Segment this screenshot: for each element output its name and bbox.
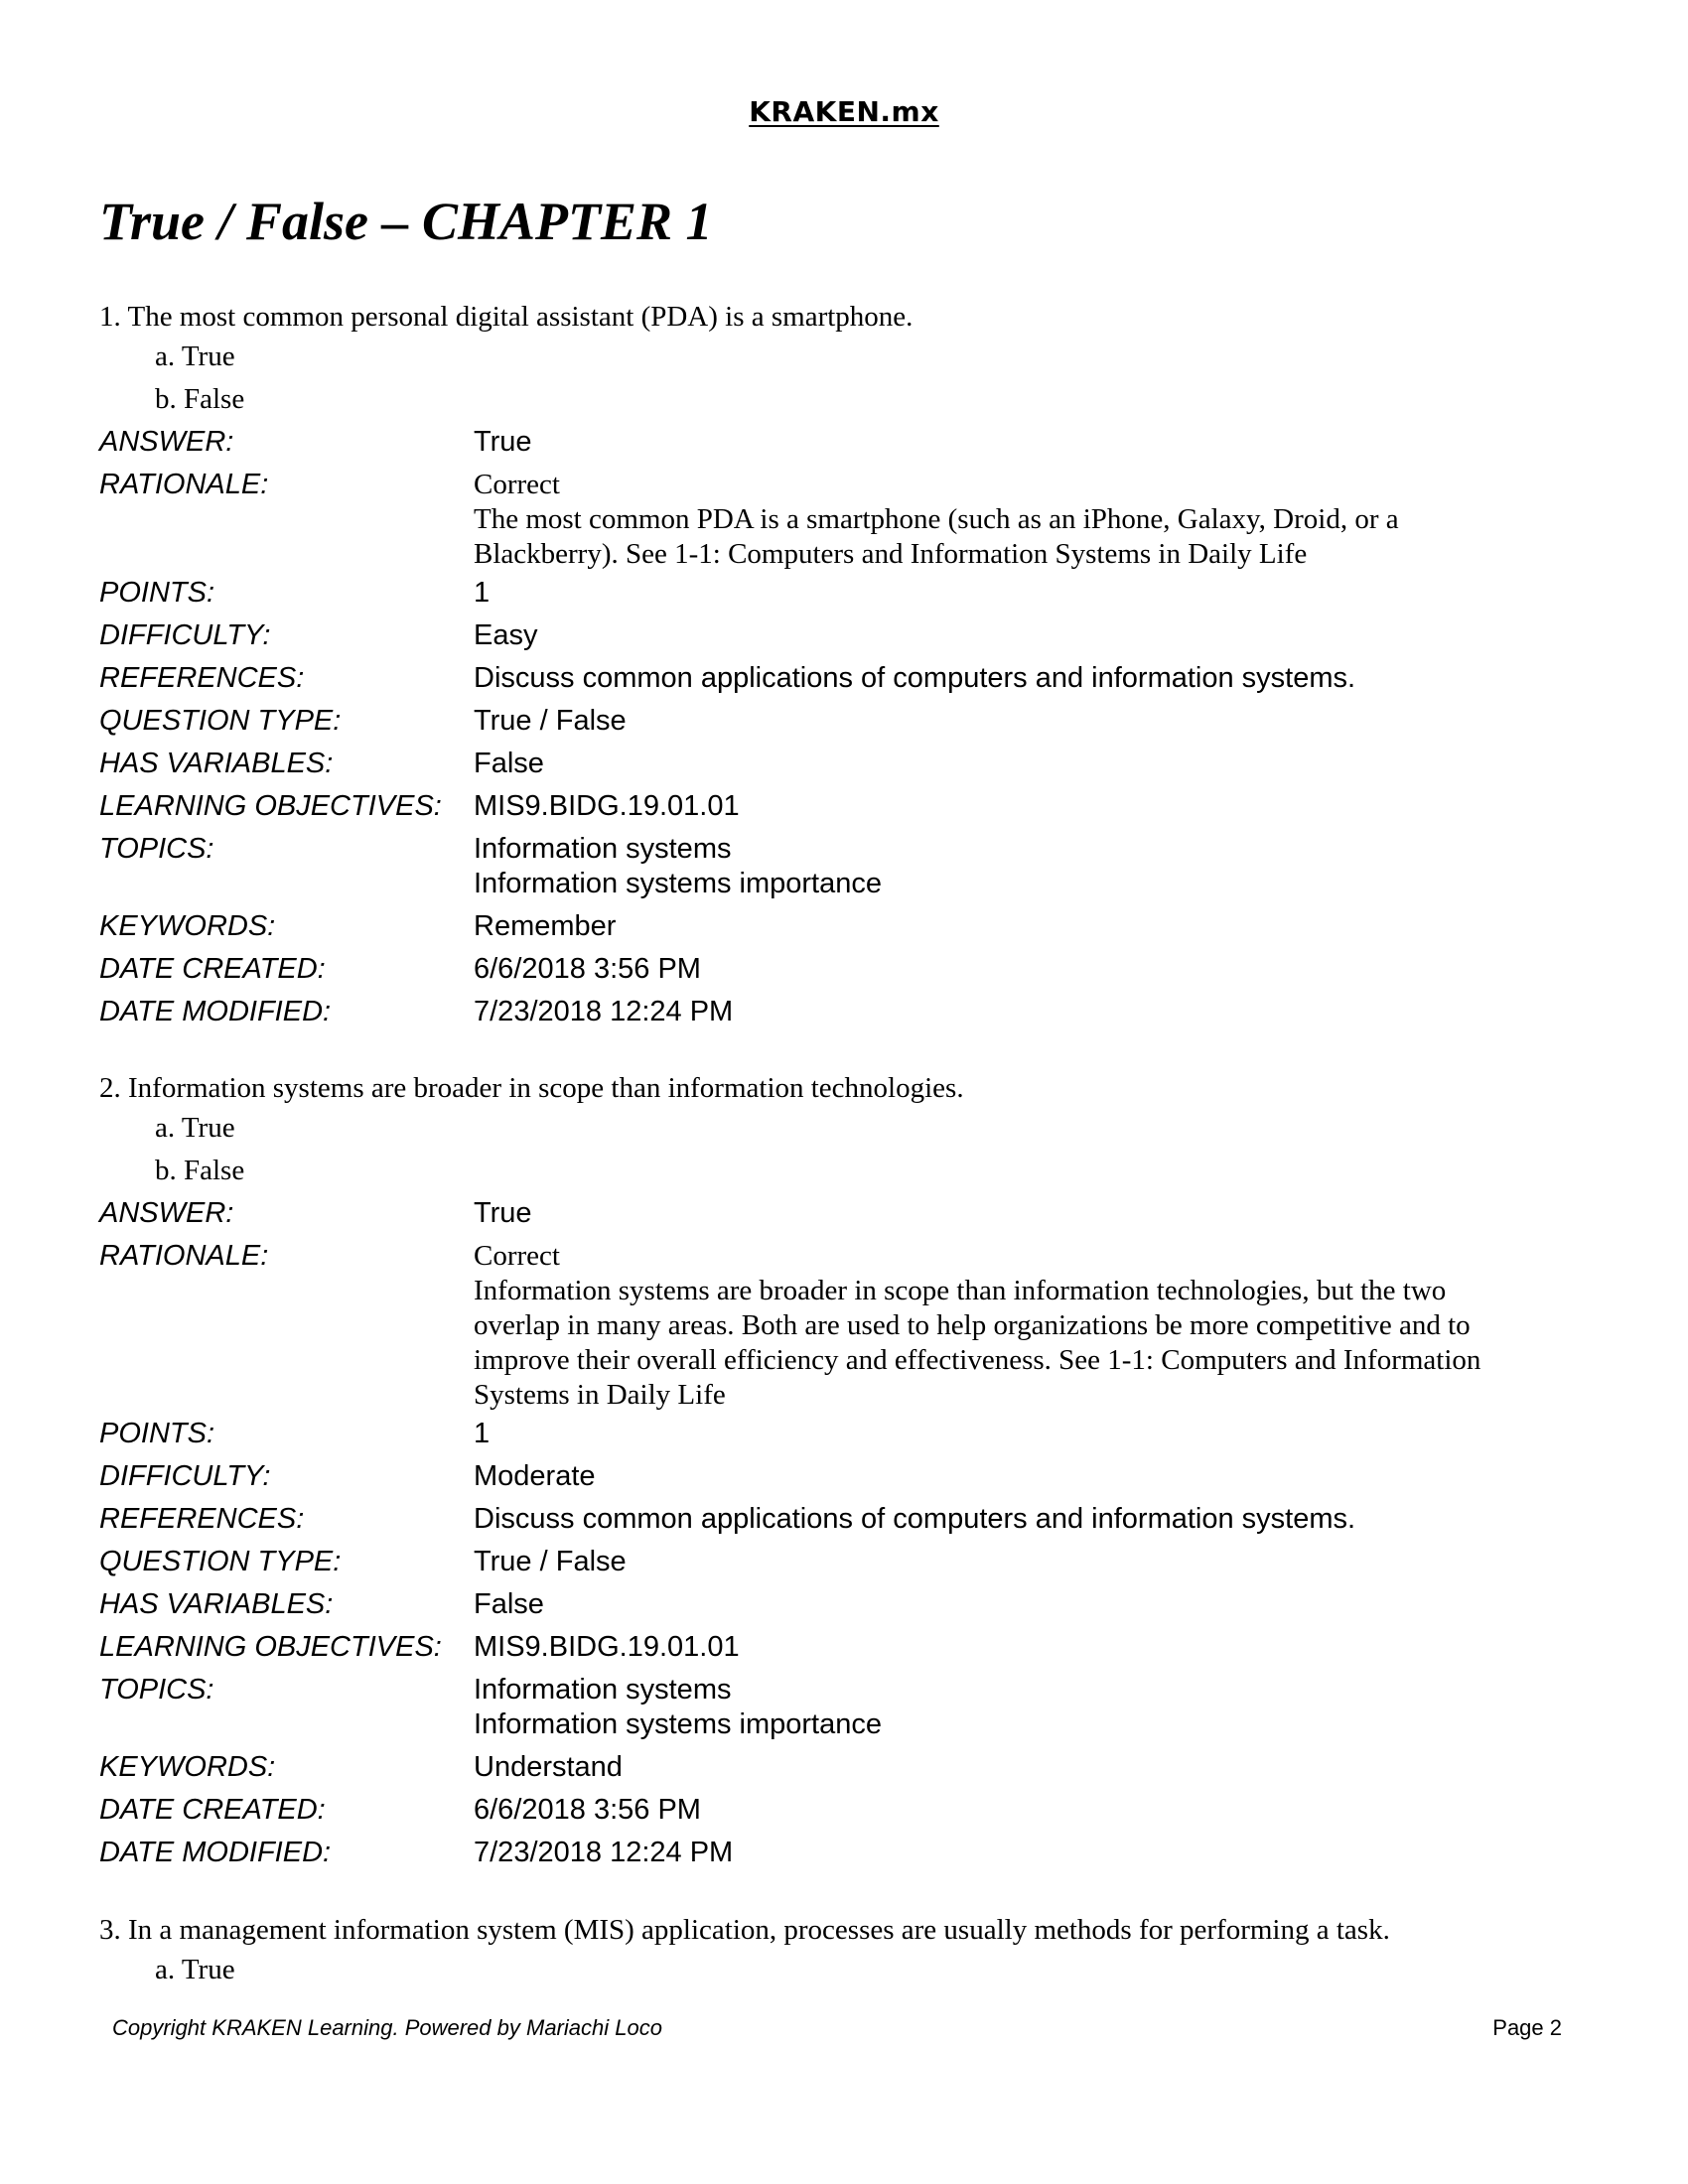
choice-a: a. True [99, 336, 1589, 378]
keywords-label: KEYWORDS: [99, 1746, 474, 1789]
topics-row: TOPICS: Information systems Information … [99, 1669, 1589, 1746]
rationale-line: The most common PDA is a smartphone (suc… [474, 502, 1546, 537]
difficulty-value: Easy [474, 614, 537, 657]
keywords-row: KEYWORDS: Remember [99, 905, 1589, 948]
topics-label: TOPICS: [99, 1669, 474, 1746]
date-created-value: 6/6/2018 3:56 PM [474, 948, 701, 991]
date-modified-label: DATE MODIFIED: [99, 991, 474, 1033]
learning-objectives-row: LEARNING OBJECTIVES: MIS9.BIDG.19.01.01 [99, 1626, 1589, 1669]
question-type-value: True / False [474, 1541, 627, 1583]
difficulty-value: Moderate [474, 1455, 596, 1498]
points-value: 1 [474, 1413, 490, 1455]
question-1: 1. The most common personal digital assi… [99, 298, 1589, 1033]
difficulty-row: DIFFICULTY: Moderate [99, 1455, 1589, 1498]
question-2: 2. Information systems are broader in sc… [99, 1069, 1589, 1874]
learning-objectives-label: LEARNING OBJECTIVES: [99, 1626, 474, 1669]
difficulty-label: DIFFICULTY: [99, 1455, 474, 1498]
answer-value: True [474, 421, 532, 464]
question-type-label: QUESTION TYPE: [99, 1541, 474, 1583]
chapter-title: True / False – CHAPTER 1 [99, 195, 713, 248]
choice-a: a. True [99, 1107, 1589, 1150]
difficulty-label: DIFFICULTY: [99, 614, 474, 657]
points-label: POINTS: [99, 1413, 474, 1455]
rationale-value: Correct The most common PDA is a smartph… [474, 464, 1546, 572]
rationale-line: Blackberry). See 1-1: Computers and Info… [474, 537, 1546, 572]
topic-item: Information systems importance [474, 867, 882, 901]
references-label: REFERENCES: [99, 1498, 474, 1541]
topic-item: Information systems [474, 1673, 882, 1707]
points-row: POINTS: 1 [99, 572, 1589, 614]
keywords-row: KEYWORDS: Understand [99, 1746, 1589, 1789]
rationale-verdict: Correct [474, 1239, 1546, 1274]
keywords-value: Understand [474, 1746, 623, 1789]
references-label: REFERENCES: [99, 657, 474, 700]
has-variables-row: HAS VARIABLES: False [99, 743, 1589, 785]
points-label: POINTS: [99, 572, 474, 614]
keywords-value: Remember [474, 905, 616, 948]
site-header: KRAKEN.mx [0, 95, 1688, 128]
date-created-value: 6/6/2018 3:56 PM [474, 1789, 701, 1832]
has-variables-value: False [474, 743, 544, 785]
rationale-row: RATIONALE: Correct The most common PDA i… [99, 464, 1589, 572]
answer-row: ANSWER: True [99, 1192, 1589, 1235]
references-row: REFERENCES: Discuss common applications … [99, 657, 1589, 700]
question-type-value: True / False [474, 700, 627, 743]
date-modified-value: 7/23/2018 12:24 PM [474, 991, 733, 1033]
date-created-label: DATE CREATED: [99, 948, 474, 991]
learning-objectives-row: LEARNING OBJECTIVES: MIS9.BIDG.19.01.01 [99, 785, 1589, 828]
question-type-row: QUESTION TYPE: True / False [99, 1541, 1589, 1583]
page-footer: Copyright KRAKEN Learning. Powered by Ma… [112, 2015, 1562, 2041]
answer-row: ANSWER: True [99, 421, 1589, 464]
answer-label: ANSWER: [99, 421, 474, 464]
topic-item: Information systems importance [474, 1707, 882, 1742]
references-value: Discuss common applications of computers… [474, 657, 1355, 700]
learning-objectives-value: MIS9.BIDG.19.01.01 [474, 785, 740, 828]
choice-b: b. False [99, 1150, 1589, 1192]
topics-row: TOPICS: Information systems Information … [99, 828, 1589, 905]
topic-item: Information systems [474, 832, 882, 867]
references-value: Discuss common applications of computers… [474, 1498, 1355, 1541]
has-variables-row: HAS VARIABLES: False [99, 1583, 1589, 1626]
date-created-row: DATE CREATED: 6/6/2018 3:56 PM [99, 948, 1589, 991]
references-row: REFERENCES: Discuss common applications … [99, 1498, 1589, 1541]
question-type-label: QUESTION TYPE: [99, 700, 474, 743]
learning-objectives-value: MIS9.BIDG.19.01.01 [474, 1626, 740, 1669]
page-number: Page 2 [1492, 2015, 1562, 2041]
date-modified-value: 7/23/2018 12:24 PM [474, 1832, 733, 1874]
topics-label: TOPICS: [99, 828, 474, 905]
date-modified-label: DATE MODIFIED: [99, 1832, 474, 1874]
rationale-line: improve their overall efficiency and eff… [474, 1343, 1546, 1378]
answer-label: ANSWER: [99, 1192, 474, 1235]
points-row: POINTS: 1 [99, 1413, 1589, 1455]
answer-value: True [474, 1192, 532, 1235]
date-modified-row: DATE MODIFIED: 7/23/2018 12:24 PM [99, 991, 1589, 1033]
rationale-line: overlap in many areas. Both are used to … [474, 1308, 1546, 1343]
date-created-label: DATE CREATED: [99, 1789, 474, 1832]
has-variables-label: HAS VARIABLES: [99, 1583, 474, 1626]
question-3: 3. In a management information system (M… [99, 1911, 1589, 1991]
points-value: 1 [474, 572, 490, 614]
has-variables-value: False [474, 1583, 544, 1626]
rationale-value: Correct Information systems are broader … [474, 1235, 1546, 1413]
document-page: KRAKEN.mx True / False – CHAPTER 1 1. Th… [0, 0, 1688, 2184]
difficulty-row: DIFFICULTY: Easy [99, 614, 1589, 657]
choice-b: b. False [99, 378, 1589, 421]
rationale-verdict: Correct [474, 468, 1546, 502]
question-stem: 1. The most common personal digital assi… [99, 298, 1589, 336]
date-modified-row: DATE MODIFIED: 7/23/2018 12:24 PM [99, 1832, 1589, 1874]
topics-value: Information systems Information systems … [474, 1669, 882, 1746]
keywords-label: KEYWORDS: [99, 905, 474, 948]
has-variables-label: HAS VARIABLES: [99, 743, 474, 785]
choice-a: a. True [99, 1949, 1589, 1991]
rationale-row: RATIONALE: Correct Information systems a… [99, 1235, 1589, 1413]
copyright-text: Copyright KRAKEN Learning. Powered by Ma… [112, 2015, 662, 2041]
topics-value: Information systems Information systems … [474, 828, 882, 905]
question-stem: 3. In a management information system (M… [99, 1911, 1589, 1949]
rationale-line: Information systems are broader in scope… [474, 1274, 1546, 1308]
rationale-line: Systems in Daily Life [474, 1378, 1546, 1413]
question-type-row: QUESTION TYPE: True / False [99, 700, 1589, 743]
question-stem: 2. Information systems are broader in sc… [99, 1069, 1589, 1107]
rationale-label: RATIONALE: [99, 1235, 474, 1413]
rationale-label: RATIONALE: [99, 464, 474, 572]
learning-objectives-label: LEARNING OBJECTIVES: [99, 785, 474, 828]
date-created-row: DATE CREATED: 6/6/2018 3:56 PM [99, 1789, 1589, 1832]
